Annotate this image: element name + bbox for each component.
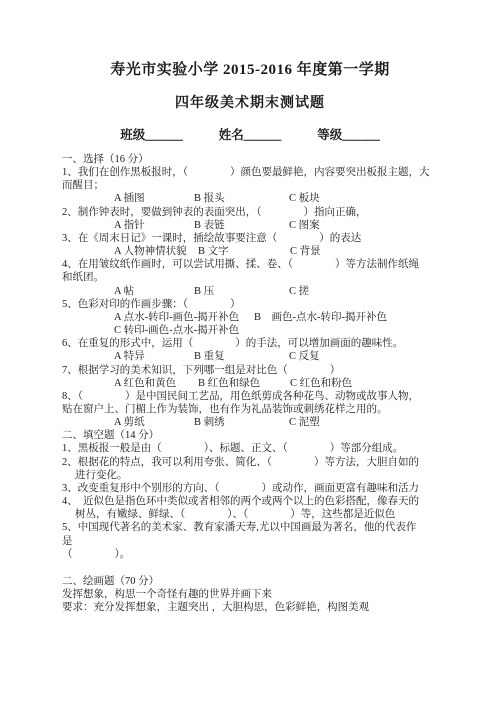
fill-4-line-1: 4、 近似色是指色环中类似或者相邻的两个或两个以上的色彩搭配，像春天的 (62, 495, 458, 508)
option-a: A 红色和黄色 (114, 377, 198, 390)
option-b: B 刺绣 (194, 416, 289, 429)
option-b: B 压 (194, 285, 289, 298)
option-c: C 红色和粉色 (290, 377, 352, 390)
page-subtitle: 四年级美术期末测试题 (0, 92, 500, 112)
question-1-line-1: 1、我们在创作黑板报时，（ ）颜色要最鲜艳，内容要突出板报主题，大 (62, 166, 458, 179)
option-b: B 报头 (194, 192, 289, 205)
fill-5-line-1: 5、中国现代著名的美术家、教育家潘天寿,尤以中国画最为著名，他的代表作 (62, 521, 458, 534)
question-2-options: A 指针 B 表链 C 图案 (62, 219, 458, 232)
question-7-options: A 红色和黄色 B 红色和绿色 C 红色和粉色 (62, 377, 458, 390)
fill-5-line-3: （ ）。 (62, 548, 458, 561)
grade-field: 等级＿＿＿ (317, 125, 380, 143)
option-b: B 表链 (194, 219, 289, 232)
question-4-line-2: 和纸团。 (62, 271, 458, 284)
fill-2-line-1: 2、根据花的特点，我可以利用夸张、简化、（ ）等方法，大胆自如的 (62, 456, 458, 469)
question-6-line-1: 6、在重复的形式中，运用（ ）的手法，可以增加画面的趣味性。 (62, 337, 458, 350)
name-field: 姓名＿＿＿ (219, 125, 282, 143)
option-a: A 插图 (114, 192, 194, 205)
question-3-options: A 人物神情状貌 B 文字 C 背景 (62, 245, 458, 258)
option-b: B 文字 (198, 245, 290, 258)
option-c: C 反复 (289, 350, 320, 363)
fill-4-line-2: 树丛，有嫩绿、鲜绿、（ ）、（ ）等，这些都是近似色 (62, 508, 458, 521)
option-b: B 重复 (194, 350, 289, 363)
option-a: A 点水-转印-画色-揭开补色 (114, 311, 254, 324)
fill-5-line-2: 是 (62, 535, 458, 548)
name-blank: ＿＿＿ (244, 128, 282, 142)
grade-blank: ＿＿＿ (342, 128, 380, 142)
option-c: C 图案 (289, 219, 320, 232)
question-4-options: A 帖 B 压 C 搓 (62, 285, 458, 298)
option-c: C 转印-画色-点水-揭开补色 (114, 324, 239, 337)
option-a: A 特异 (114, 350, 194, 363)
question-5-line-1: 5、色彩对印的作画步骤：（ ） (62, 298, 458, 311)
option-b: B 画色-点水-转印-揭开补色 (254, 311, 387, 324)
fill-3-line-1: 3、改变重复形中个别形的方向、（ ）或动作，画面更富有趣味和活力 (62, 482, 458, 495)
class-label: 班级 (120, 128, 145, 142)
page-title: 寿光市实验小学 2015-2016 年度第一学期 (0, 0, 500, 79)
question-1-line-2: 而醒目； (62, 179, 458, 192)
fill-section-heading: 二、填空题（14 分） (62, 429, 458, 442)
student-info-row: 班级＿＿＿ 姓名＿＿＿ 等级＿＿＿ (0, 125, 500, 143)
question-4-line-1: 4、在用皱纹纸作画时，可以尝试用撕、揉、卷、（ ）等方法制作纸绳 (62, 258, 458, 271)
question-6-options: A 特异 B 重复 C 反复 (62, 350, 458, 363)
question-8-options: A 剪纸 B 刺绣 C 泥塑 (62, 416, 458, 429)
section-gap (62, 561, 458, 575)
option-c: C 泥塑 (289, 416, 320, 429)
name-label: 姓名 (219, 128, 244, 142)
exam-body: 一、选择（16 分） 1、我们在创作黑板报时，（ ）颜色要最鲜艳，内容要突出板报… (62, 153, 458, 614)
fill-2-line-2: 进行变化。 (62, 469, 458, 482)
class-field: 班级＿＿＿ (120, 125, 183, 143)
option-b: B 红色和绿色 (198, 377, 290, 390)
question-8-line-1: 8、（ ）是中国民间工艺品，用色纸剪成各种花鸟、动物或故事人物， (62, 390, 458, 403)
class-blank: ＿＿＿ (145, 128, 183, 142)
fill-1-line-1: 1、黑板报一般是由（ ）、标题、正文、（ ）等部分组成。 (62, 442, 458, 455)
option-a: A 剪纸 (114, 416, 194, 429)
draw-requirements: 要求：充分发挥想象，主题突出 ，大胆构思，色彩鲜艳，构图美观 (62, 601, 458, 614)
draw-section-heading: 二、绘画题（70 分） (62, 575, 458, 588)
grade-label: 等级 (317, 128, 342, 142)
choice-section-heading: 一、选择（16 分） (62, 153, 458, 166)
exam-paper-page: 寿光市实验小学 2015-2016 年度第一学期 四年级美术期末测试题 班级＿＿… (0, 0, 500, 707)
option-c: C 背景 (290, 245, 321, 258)
question-7-line-1: 7、根据学习的美术知识，下列哪一组是对比色（ ） (62, 364, 458, 377)
option-c: C 板块 (289, 192, 320, 205)
question-3-line-1: 3、在《周末日记》一课时，插绘故事要注意（ ）的表达 (62, 232, 458, 245)
question-8-line-2: 贴在窗户上、门楣上作为装饰，也有作为礼品装饰或刺绣花样之用的。 (62, 403, 458, 416)
option-a: A 人物神情状貌 (114, 245, 198, 258)
question-1-options: A 插图 B 报头 C 板块 (62, 192, 458, 205)
question-2-line-1: 2、制作钟表时，要做到钟表的表面突出，（ ）指向正确， (62, 206, 458, 219)
option-a: A 帖 (114, 285, 194, 298)
option-c: C 搓 (289, 285, 309, 298)
option-a: A 指针 (114, 219, 194, 232)
question-5-options-row-2: C 转印-画色-点水-揭开补色 (62, 324, 458, 337)
question-5-options-row-1: A 点水-转印-画色-揭开补色 B 画色-点水-转印-揭开补色 (62, 311, 458, 324)
draw-prompt: 发挥想象，构思一个奇怪有趣的世界并画下来 (62, 588, 458, 601)
